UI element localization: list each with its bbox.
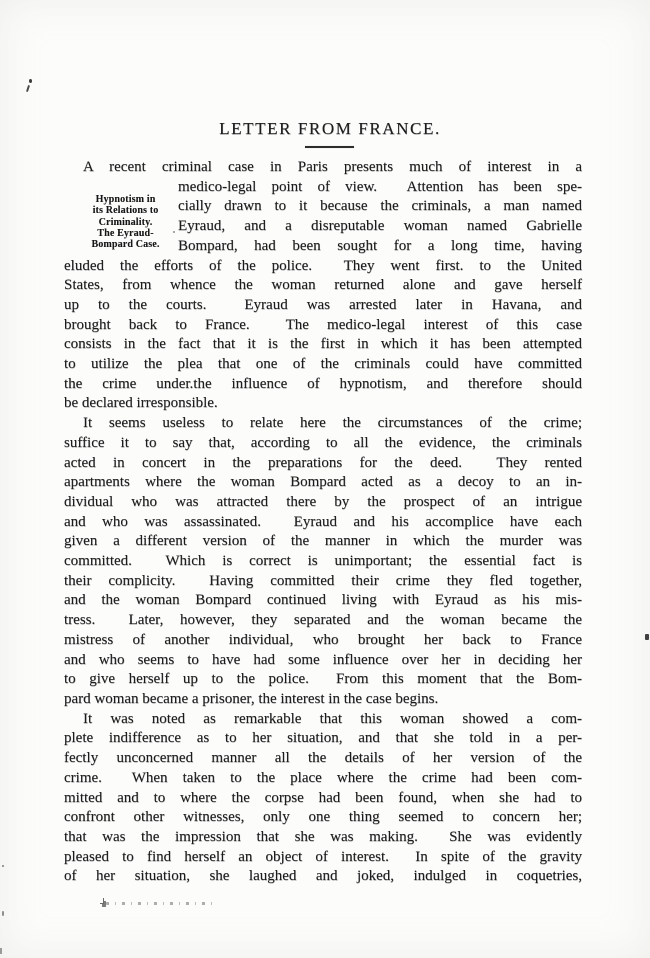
paragraph: A recent criminal case in Paris presents… [64,158,582,414]
scan-smudge-dotted-line [106,902,218,905]
text-line: acted in concert in the preparations for… [64,454,582,474]
text-line: Eyraud, and a disreputable woman named G… [178,217,582,237]
text-line: confront other witnesses, only one thing… [64,808,582,828]
text-line: eluded the efforts of the police. They w… [64,257,582,277]
text-line: to utilize the plea that one of the crim… [64,355,582,375]
text-line: consists in the fact that it is the firs… [64,335,582,355]
text-line: that was the impression that she was mak… [64,828,582,848]
text-line: committed. Which is correct is unimporta… [64,552,582,572]
article-body: A recent criminal case in Paris presents… [64,158,582,887]
text-line: suffice it to say that, according to all… [64,434,582,454]
scan-smudge-lead-mark [99,897,103,903]
text-line: apartments where the woman Bompard acted… [64,473,582,493]
paragraph: It was noted as remarkable that this wom… [64,710,582,887]
ink-speck-left-edge-2 [2,911,4,916]
text-line: fectly unconcerned manner all the detail… [64,749,582,769]
text-line: the crime under.the influence of hypnoti… [64,375,582,395]
ink-speck-left-edge-3 [0,948,2,954]
title-rule [305,146,354,148]
page-title: LETTER FROM FRANCE. [0,119,650,139]
ink-speck-margin-dot [173,231,175,233]
text-line: mitted and to where the corpse had been … [64,789,582,809]
paragraph: It seems useless to relate here the circ… [64,414,582,710]
ink-speck-top-left-tail [26,85,30,92]
text-line: A recent criminal case in Paris presents… [64,158,582,178]
text-line: brought back to France. The medico-legal… [64,316,582,336]
text-line: tress. Later, however, they separated an… [64,611,582,631]
text-line: given a different version of the manner … [64,532,582,552]
text-line: up to the courts. Eyraud was arrested la… [64,296,582,316]
text-line: cially drawn to it because the criminals… [178,197,582,217]
text-line: to give herself up to the police. From t… [64,670,582,690]
text-line: and who was assassinated. Eyraud and his… [64,513,582,533]
text-line: and the woman Bompard continued living w… [64,591,582,611]
text-line: mistress of another individual, who brou… [64,631,582,651]
text-line: medico-legal point of view. Attention ha… [178,178,582,198]
text-line: crime. When taken to the place where the… [64,769,582,789]
ink-speck-top-left-dot [29,79,32,83]
text-line: pard woman became a prisoner, the intere… [64,690,582,710]
text-line: their complicity. Having committed their… [64,572,582,592]
text-line: of her situation, she laughed and joked,… [64,867,582,887]
text-line: pleased to find herself an object of int… [64,848,582,868]
ink-speck-left-edge-1 [2,865,4,867]
ink-speck-right-edge [645,634,649,640]
text-line: Bompard, had been sought for a long time… [178,237,582,257]
text-line: be declared irresponsible. [64,394,582,414]
text-line: and who seems to have had some influence… [64,651,582,671]
text-line: It seems useless to relate here the circ… [64,414,582,434]
book-page: LETTER FROM FRANCE. Hypnotism in its Rel… [0,0,650,958]
text-line: States, from whence the woman returned a… [64,276,582,296]
text-line: plete indifference as to her situation, … [64,729,582,749]
text-line: dividual who was attracted there by the … [64,493,582,513]
text-line: It was noted as remarkable that this wom… [64,710,582,730]
